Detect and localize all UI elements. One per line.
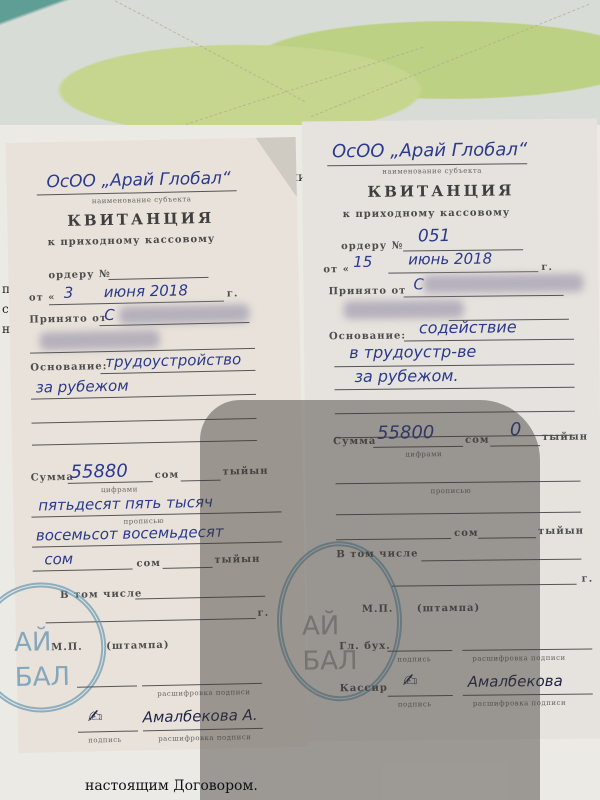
basis-line-3: за рубежом.: [354, 366, 458, 386]
decode-caption: расшифровка подписи: [473, 699, 566, 708]
including-line: [421, 559, 581, 562]
receipt-1: ОсОО „Арай Глобал“ наименование субъекта…: [6, 137, 309, 753]
tyiyn-label: тыйын: [542, 432, 588, 443]
date-prefix: от «: [323, 264, 350, 275]
sum-label: Сумма: [333, 436, 376, 447]
basis-label: Основание:: [329, 330, 406, 342]
chief-signature-line: [77, 685, 137, 687]
basis-rule: [335, 411, 575, 415]
redacted-name: [423, 274, 583, 294]
cashier-signature: ✍: [87, 706, 103, 727]
redacted-name: [344, 300, 464, 319]
signature-caption: подпись: [88, 736, 122, 745]
digits-caption: цифрами: [405, 450, 442, 458]
som-label-2: сом: [136, 558, 161, 570]
stamp-label: (штампа): [106, 640, 170, 652]
cashier-label: Кассир: [340, 683, 388, 695]
contract-fragment: с: [2, 302, 9, 316]
received-from: С: [104, 306, 115, 324]
including-line-2: [392, 584, 577, 587]
cashier-name: Амалбекова: [468, 672, 563, 691]
date-day: 15: [353, 253, 372, 271]
receipt-title: КВИТАНЦИЯ: [67, 209, 214, 230]
som-label: сом: [155, 470, 180, 482]
year-suffix: г.: [257, 608, 269, 619]
receipt-subtitle: к приходному кассовому: [343, 207, 511, 220]
cashier-signature-line: [388, 695, 453, 697]
date-month-year: июня 2018: [104, 281, 189, 301]
words-caption: прописью: [431, 487, 472, 495]
entity-line: [327, 163, 527, 166]
date-day: 3: [64, 284, 74, 302]
sum-label: Сумма: [31, 472, 74, 484]
stamp-text: АЙ: [14, 627, 52, 658]
decode-caption: расшифровка подписи: [472, 654, 565, 663]
cashier-decode-line: [463, 694, 593, 696]
cashier-signature: ✍: [403, 670, 418, 691]
date-suffix: г.: [541, 262, 553, 273]
basis-label: Основание:: [30, 361, 107, 374]
company-stamp: [276, 541, 403, 702]
received-from: С: [413, 275, 424, 293]
including-label: В том числе: [336, 548, 418, 560]
contract-bottom-text: настоящим Договором.: [85, 778, 258, 794]
basis-rule: [404, 339, 574, 342]
receipt-2: ОсОО „Арай Глобал“ наименование субъекта…: [302, 118, 600, 741]
cashier-name: Амалбекова А.: [143, 706, 258, 726]
receipt-subtitle: к приходному кассовому: [48, 234, 216, 249]
including-line: [135, 596, 265, 600]
date-suffix: г.: [227, 288, 239, 299]
tyiyn-label-2: тыйын: [214, 554, 260, 566]
folded-corner: [256, 137, 297, 198]
decode-caption: расшифровка подписи: [157, 688, 250, 698]
chief-accountant-label: Гл. бух.: [339, 641, 391, 653]
tyiyn-line-2: [478, 537, 536, 539]
tyiyn-label: тыйын: [222, 466, 268, 478]
words-rule: [336, 481, 581, 485]
basis-rule: [32, 418, 257, 424]
signature-caption: подпись: [398, 700, 432, 708]
order-label: ордеру №: [48, 269, 111, 281]
entity-caption: наименование субъекта: [92, 195, 192, 205]
received-line: [404, 295, 564, 298]
decode-caption: расшифровка подписи: [158, 733, 251, 743]
order-number: 051: [418, 226, 451, 246]
words-rule: [336, 512, 581, 516]
date-prefix: от «: [29, 292, 56, 304]
order-label: ордеру №: [341, 241, 404, 253]
entity-name: ОсОО „Арай Глобал“: [46, 168, 231, 192]
sum-line: [373, 446, 463, 448]
sum-digits: 55800: [377, 422, 434, 444]
tyiyn-label-2: тыйын: [538, 526, 584, 537]
basis-line-2: за рубежом: [36, 377, 129, 397]
words-rule: [33, 569, 133, 572]
tyiyn-value: 0: [510, 419, 522, 440]
basis-line-2: в трудоустр-ве: [349, 342, 476, 362]
chief-decode-line: [142, 683, 262, 687]
mp-label: М.П.: [362, 604, 394, 615]
basis-line-1: трудоустройство: [105, 350, 241, 371]
year-suffix: г.: [582, 574, 594, 585]
quilt-stitch: [311, 4, 590, 117]
mp-label: М.П.: [51, 642, 83, 654]
tyiyn-line-2: [163, 567, 213, 569]
sum-words-2: восемьсот восемьдесят: [36, 523, 224, 545]
sum-words-3: сом: [44, 550, 73, 569]
tyiyn-line: [490, 445, 540, 447]
date-line: [388, 271, 538, 274]
digits-caption: цифрами: [101, 485, 138, 494]
basis-line-1: содействие: [419, 317, 517, 337]
stamp-text: БАЛ: [15, 662, 71, 693]
basis-rule: [335, 387, 575, 391]
chief-signature-line: [387, 650, 452, 652]
signature-caption: подпись: [397, 655, 431, 663]
received-label: Принято от: [328, 285, 406, 297]
cashier-signature-line: [78, 730, 138, 732]
sum-digits: 55880: [70, 461, 128, 483]
stamp-label: (штампа): [417, 603, 480, 615]
date-month-year: июнь 2018: [408, 250, 492, 269]
entity-name: ОсОО „Арай Глобал“: [332, 139, 527, 162]
basis-rule: [32, 440, 257, 446]
quilt-stitch: [75, 0, 305, 102]
som-label-2: сом: [454, 528, 479, 539]
words-rule: [336, 538, 451, 540]
stamp-text: АЙ: [302, 611, 340, 641]
som-label: сом: [465, 435, 490, 446]
chief-decode-line: [462, 649, 592, 651]
sum-words-1: пятьдесят пять тысяч: [38, 493, 213, 515]
cashier-decode-line: [143, 728, 263, 732]
order-line: [109, 277, 209, 280]
entity-caption: наименование субъекта: [382, 167, 482, 176]
receipt-title: КВИТАНЦИЯ: [367, 181, 514, 201]
received-label: Принято от: [29, 313, 107, 326]
redacted-name: [40, 330, 160, 351]
tyiyn-line: [181, 480, 221, 482]
